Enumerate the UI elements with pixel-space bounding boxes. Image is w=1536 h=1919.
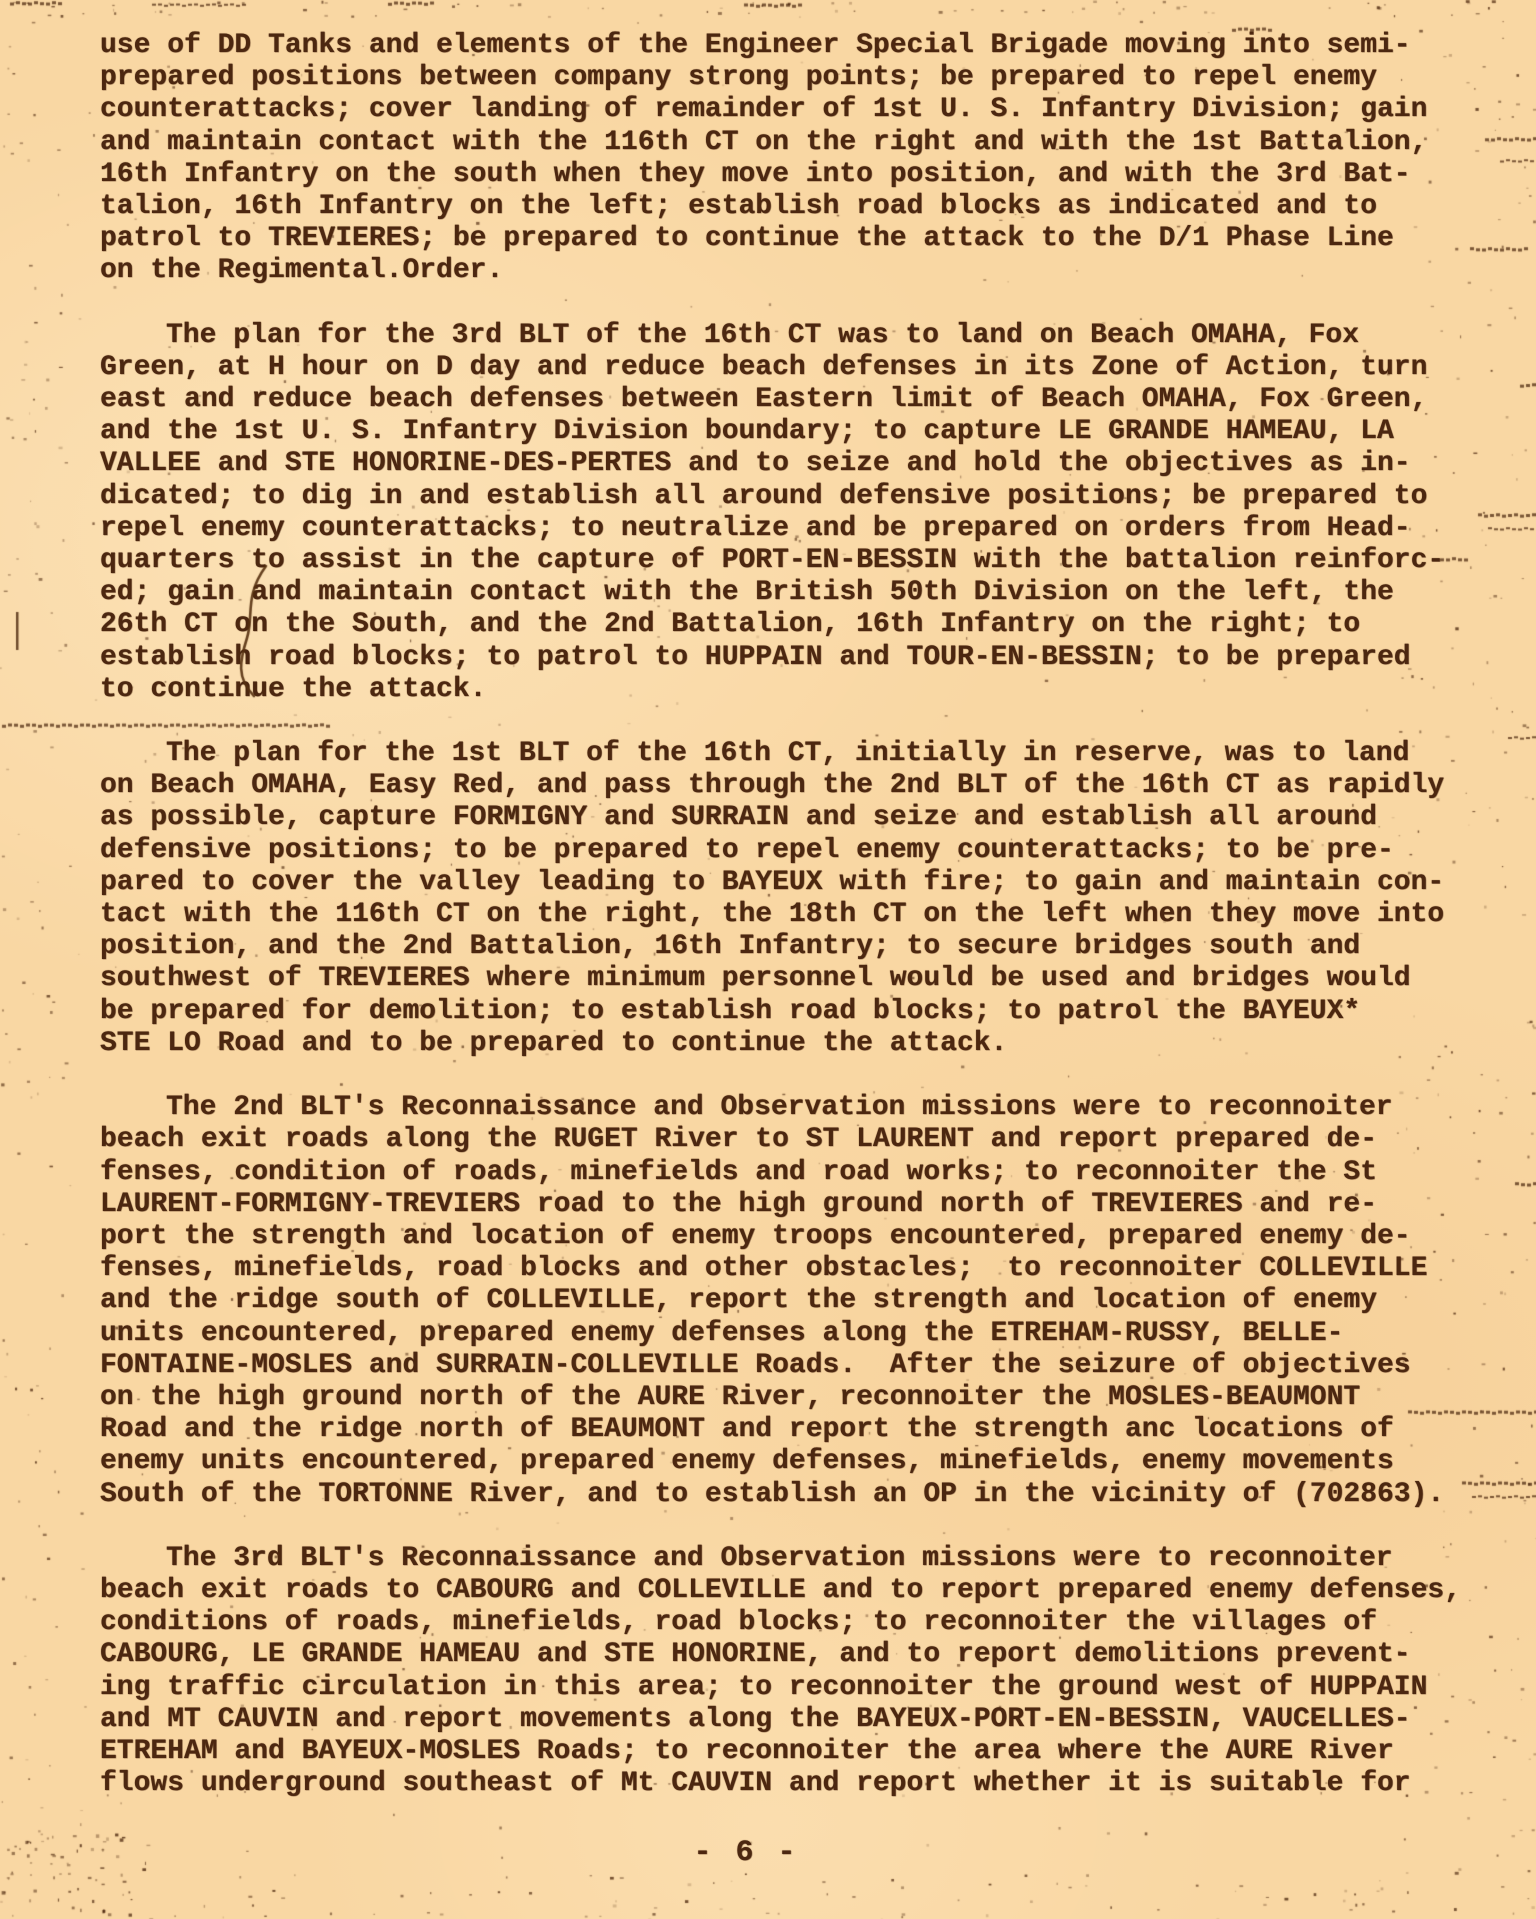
paragraph: The 3rd BLT's Reconnaissance and Observa… (100, 1543, 1508, 1801)
document-page: use of DD Tanks and elements of the Engi… (0, 0, 1536, 1919)
document-body: use of DD Tanks and elements of the Engi… (100, 30, 1508, 1832)
paragraph: The plan for the 1st BLT of the 16th CT,… (100, 738, 1508, 1060)
page-number: - 6 - (0, 1836, 1514, 1870)
paragraph: The plan for the 3rd BLT of the 16th CT … (100, 320, 1508, 706)
paragraph: The 2nd BLT's Reconnaissance and Observa… (100, 1092, 1508, 1511)
paragraph: use of DD Tanks and elements of the Engi… (100, 30, 1508, 288)
